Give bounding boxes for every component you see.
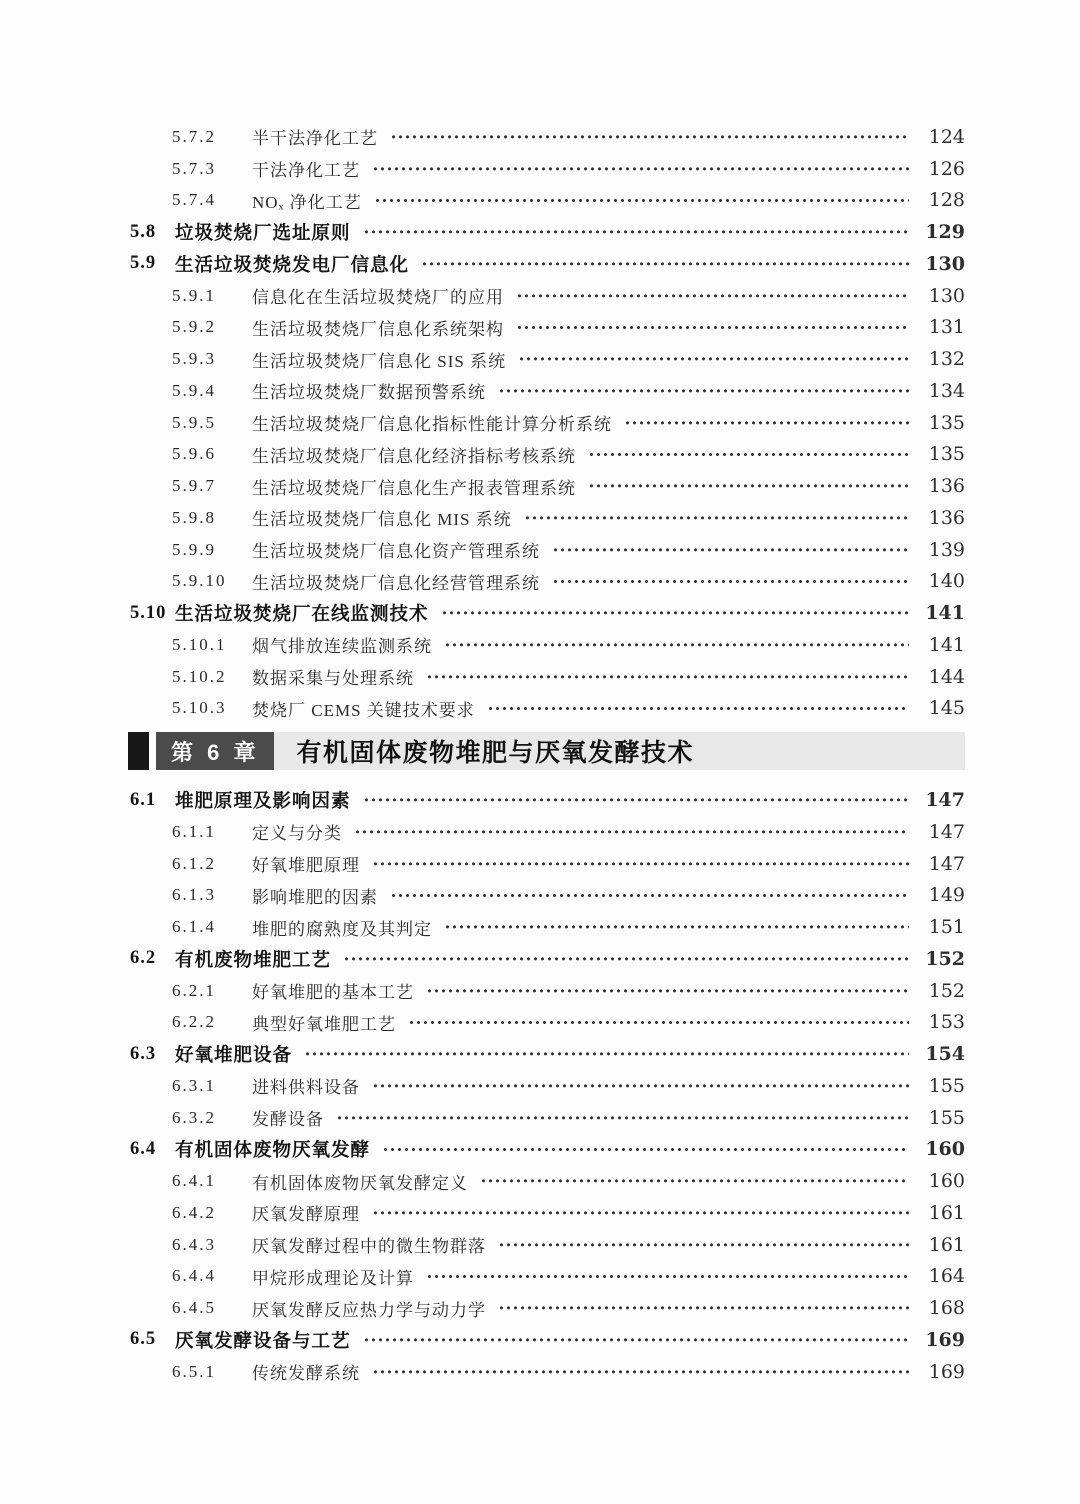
entry-page: 169 (919, 1361, 965, 1383)
toc-entry-6.1.1: 6.1.1定义与分类147 (130, 816, 965, 848)
dot-leader (363, 784, 909, 816)
entry-number: 5.9.2 (172, 317, 246, 337)
entry-title: 好氧堆肥原理 (252, 851, 360, 876)
entry-title: 厌氧发酵反应热力学与动力学 (252, 1296, 486, 1321)
dot-leader (372, 848, 909, 880)
dot-leader (374, 185, 909, 217)
entry-number: 6.1.4 (172, 917, 246, 937)
entry-title: 垃圾焚烧厂选址原则 (175, 219, 351, 245)
entry-title: 堆肥原理及影响因素 (175, 787, 351, 813)
entry-title: 进料供料设备 (252, 1073, 360, 1098)
dot-leader (516, 312, 909, 344)
dot-leader (588, 439, 909, 471)
toc-entry-5.9: 5.9生活垃圾焚烧发电厂信息化130 (130, 248, 965, 280)
dot-leader (552, 566, 909, 598)
entry-number: 5.9.10 (172, 571, 246, 591)
entry-page: 147 (919, 789, 965, 811)
book-toc-page: 5.7.2半干法净化工艺1245.7.3干法净化工艺1265.7.4NOₓ 净化… (0, 0, 1080, 1504)
toc-entry-6.2.1: 6.2.1好氧堆肥的基本工艺152 (130, 975, 965, 1007)
entry-title: 好氧堆肥的基本工艺 (252, 978, 414, 1003)
entry-number: 6.3.1 (172, 1076, 246, 1096)
entry-number: 5.10.3 (172, 698, 246, 718)
entry-title: 定义与分类 (252, 819, 342, 844)
entry-number: 5.7.3 (172, 159, 246, 179)
entry-number: 6.1 (130, 790, 175, 811)
toc-entry-5.7.3: 5.7.3干法净化工艺126 (130, 153, 965, 185)
entry-page: 149 (919, 884, 965, 906)
entry-number: 6.2 (130, 948, 175, 969)
toc-entry-5.9.9: 5.9.9生活垃圾焚烧厂信息化资产管理系统139 (130, 534, 965, 566)
dot-leader (588, 470, 909, 502)
entry-page: 168 (919, 1297, 965, 1319)
toc-entry-5.9.4: 5.9.4生活垃圾焚烧厂数据预警系统134 (130, 375, 965, 407)
dot-leader (444, 911, 909, 943)
entry-page: 160 (919, 1138, 965, 1160)
toc-entry-6.2.2: 6.2.2典型好氧堆肥工艺153 (130, 1007, 965, 1039)
entry-number: 6.4.3 (172, 1235, 246, 1255)
entry-page: 134 (919, 380, 965, 402)
dot-leader (363, 1324, 909, 1356)
dot-leader (382, 1134, 909, 1166)
entry-number: 6.1.3 (172, 885, 246, 905)
dot-leader (480, 1165, 909, 1197)
entry-page: 164 (919, 1265, 965, 1287)
toc-entry-6.4.5: 6.4.5厌氧发酵反应热力学与动力学168 (130, 1292, 965, 1324)
entry-page: 131 (919, 316, 965, 338)
dot-leader (426, 975, 909, 1007)
dot-leader (498, 375, 909, 407)
toc-entry-6.1.4: 6.1.4堆肥的腐熟度及其判定151 (130, 911, 965, 943)
entry-title: 生活垃圾焚烧厂信息化经营管理系统 (252, 569, 540, 594)
entry-number: 6.1.2 (172, 854, 246, 874)
entry-title: 生活垃圾焚烧厂信息化 SIS 系统 (252, 347, 506, 372)
entry-number: 5.10.2 (172, 667, 246, 687)
entry-title: 甲烷形成理论及计算 (252, 1264, 414, 1289)
entry-title: 发酵设备 (252, 1105, 324, 1130)
entry-page: 144 (919, 666, 965, 688)
entry-title: 生活垃圾焚烧厂数据预警系统 (252, 378, 486, 403)
entry-title: 生活垃圾焚烧厂信息化指标性能计算分析系统 (252, 410, 612, 435)
entry-page: 136 (919, 475, 965, 497)
toc-entry-5.9.10: 5.9.10生活垃圾焚烧厂信息化经营管理系统140 (130, 566, 965, 598)
toc-entry-6.2: 6.2有机废物堆肥工艺152 (130, 943, 965, 975)
dot-leader (552, 534, 909, 566)
toc-entry-5.9.1: 5.9.1信息化在生活垃圾焚烧厂的应用130 (130, 280, 965, 312)
entry-number: 6.4.4 (172, 1266, 246, 1286)
dot-leader (390, 880, 909, 912)
entry-page: 132 (919, 348, 965, 370)
entry-title: 厌氧发酵原理 (252, 1200, 360, 1225)
dot-leader (426, 661, 909, 693)
entry-page: 155 (919, 1107, 965, 1129)
entry-number: 6.4.2 (172, 1203, 246, 1223)
entry-page: 135 (919, 412, 965, 434)
entry-title: 生活垃圾焚烧厂信息化经济指标考核系统 (252, 442, 576, 467)
entry-number: 6.5.1 (172, 1362, 246, 1382)
dot-leader (441, 597, 909, 629)
dot-leader (372, 1197, 909, 1229)
toc-content: 5.7.2半干法净化工艺1245.7.3干法净化工艺1265.7.4NOₓ 净化… (0, 0, 1080, 1388)
entry-number: 5.10.1 (172, 635, 246, 655)
entry-page: 152 (919, 948, 965, 970)
entry-page: 145 (919, 697, 965, 719)
entry-title: 烟气排放连续监测系统 (252, 632, 432, 657)
entry-number: 6.4.1 (172, 1171, 246, 1191)
dot-leader (421, 248, 909, 280)
dot-leader (408, 1007, 909, 1039)
toc-entry-5.8: 5.8垃圾焚烧厂选址原则129 (130, 216, 965, 248)
toc-entry-5.10.2: 5.10.2数据采集与处理系统144 (130, 661, 965, 693)
entry-number: 6.3.2 (172, 1108, 246, 1128)
entry-title: 焚烧厂 CEMS 关键技术要求 (252, 696, 475, 721)
toc-entry-5.9.3: 5.9.3生活垃圾焚烧厂信息化 SIS 系统132 (130, 343, 965, 375)
toc-entry-6.4.4: 6.4.4甲烷形成理论及计算164 (130, 1261, 965, 1293)
entry-page: 140 (919, 570, 965, 592)
entry-number: 5.9 (130, 253, 175, 274)
entry-title: 有机固体废物厌氧发酵定义 (252, 1169, 468, 1194)
entry-number: 5.9.7 (172, 476, 246, 496)
toc-entry-6.3.1: 6.3.1进料供料设备155 (130, 1070, 965, 1102)
entry-page: 147 (919, 821, 965, 843)
entry-title: 厌氧发酵过程中的微生物群落 (252, 1232, 486, 1257)
entry-title: 生活垃圾焚烧厂信息化生产报表管理系统 (252, 474, 576, 499)
dot-leader (498, 1229, 909, 1261)
toc-entry-6.1.2: 6.1.2好氧堆肥原理147 (130, 848, 965, 880)
dot-leader (444, 629, 909, 661)
entry-number: 5.9.3 (172, 349, 246, 369)
entry-page: 153 (919, 1011, 965, 1033)
toc-entry-6.4.1: 6.4.1有机固体废物厌氧发酵定义160 (130, 1165, 965, 1197)
entry-title: 典型好氧堆肥工艺 (252, 1010, 396, 1035)
entry-page: 136 (919, 507, 965, 529)
dot-leader (390, 121, 909, 153)
toc-entry-6.5: 6.5厌氧发酵设备与工艺169 (130, 1324, 965, 1356)
dot-leader (516, 280, 909, 312)
chapter-title: 有机固体废物堆肥与厌氧发酵技术 (296, 732, 694, 770)
dot-leader (354, 816, 909, 848)
entry-title: 生活垃圾焚烧厂信息化系统架构 (252, 315, 504, 340)
toc-entry-6.5.1: 6.5.1传统发酵系统169 (130, 1356, 965, 1388)
toc-section-chapter6: 6.1堆肥原理及影响因素1476.1.1定义与分类1476.1.2好氧堆肥原理1… (130, 784, 965, 1387)
toc-entry-5.7.4: 5.7.4NOₓ 净化工艺128 (130, 185, 965, 217)
toc-entry-5.7.2: 5.7.2半干法净化工艺124 (130, 121, 965, 153)
entry-number: 6.3 (130, 1044, 175, 1065)
entry-page: 160 (919, 1170, 965, 1192)
entry-title: 生活垃圾焚烧厂信息化资产管理系统 (252, 537, 540, 562)
dot-leader (343, 943, 909, 975)
dot-leader (518, 343, 909, 375)
entry-title: 厌氧发酵设备与工艺 (175, 1327, 351, 1353)
dot-leader (426, 1261, 909, 1293)
dot-leader (336, 1102, 909, 1134)
entry-title: 数据采集与处理系统 (252, 664, 414, 689)
entry-page: 161 (919, 1202, 965, 1224)
entry-title: NOₓ 净化工艺 (252, 188, 362, 213)
dot-leader (372, 153, 909, 185)
entry-page: 139 (919, 539, 965, 561)
entry-title: 影响堆肥的因素 (252, 883, 378, 908)
entry-page: 155 (919, 1075, 965, 1097)
entry-title: 信息化在生活垃圾焚烧厂的应用 (252, 283, 504, 308)
entry-page: 161 (919, 1234, 965, 1256)
entry-number: 5.9.1 (172, 286, 246, 306)
toc-entry-5.9.6: 5.9.6生活垃圾焚烧厂信息化经济指标考核系统135 (130, 439, 965, 471)
dot-leader (487, 693, 909, 725)
entry-number: 6.2.1 (172, 981, 246, 1001)
entry-title: 干法净化工艺 (252, 156, 360, 181)
entry-page: 152 (919, 980, 965, 1002)
entry-number: 5.10 (130, 603, 175, 624)
entry-number: 5.9.5 (172, 413, 246, 433)
entry-page: 126 (919, 158, 965, 180)
toc-entry-6.4: 6.4有机固体废物厌氧发酵160 (130, 1134, 965, 1166)
entry-number: 5.9.6 (172, 444, 246, 464)
entry-number: 6.4.5 (172, 1298, 246, 1318)
entry-page: 130 (919, 285, 965, 307)
entry-page: 124 (919, 126, 965, 148)
entry-number: 5.7.2 (172, 127, 246, 147)
chapter-header-block (128, 732, 149, 770)
entry-page: 169 (919, 1329, 965, 1351)
dot-leader (498, 1292, 909, 1324)
dot-leader (363, 216, 909, 248)
entry-title: 半干法净化工艺 (252, 124, 378, 149)
toc-entry-6.1.3: 6.1.3影响堆肥的因素149 (130, 880, 965, 912)
dot-leader (372, 1070, 909, 1102)
toc-entry-6.4.2: 6.4.2厌氧发酵原理161 (130, 1197, 965, 1229)
chapter-badge: 第 6 章 (156, 732, 274, 770)
toc-entry-5.9.8: 5.9.8生活垃圾焚烧厂信息化 MIS 系统136 (130, 502, 965, 534)
entry-page: 129 (919, 221, 965, 243)
entry-page: 154 (919, 1043, 965, 1065)
toc-entry-6.1: 6.1堆肥原理及影响因素147 (130, 784, 965, 816)
entry-number: 5.7.4 (172, 190, 246, 210)
dot-leader (304, 1038, 909, 1070)
dot-leader (624, 407, 909, 439)
chapter-6-header: 第 6 章 有机固体废物堆肥与厌氧发酵技术 (128, 732, 965, 770)
entry-number: 5.9.4 (172, 381, 246, 401)
dot-leader (372, 1356, 909, 1388)
toc-entry-6.3: 6.3好氧堆肥设备154 (130, 1038, 965, 1070)
dot-leader (524, 502, 909, 534)
toc-entry-5.9.7: 5.9.7生活垃圾焚烧厂信息化生产报表管理系统136 (130, 470, 965, 502)
entry-number: 6.1.1 (172, 822, 246, 842)
entry-page: 128 (919, 189, 965, 211)
entry-page: 141 (919, 634, 965, 656)
toc-entry-5.9.2: 5.9.2生活垃圾焚烧厂信息化系统架构131 (130, 312, 965, 344)
chapter-header-band: 第 6 章 有机固体废物堆肥与厌氧发酵技术 (156, 732, 965, 770)
entry-title: 有机固体废物厌氧发酵 (175, 1136, 370, 1162)
entry-title: 生活垃圾焚烧发电厂信息化 (175, 251, 409, 277)
entry-page: 141 (919, 602, 965, 624)
entry-page: 147 (919, 853, 965, 875)
entry-number: 6.4 (130, 1139, 175, 1160)
toc-entry-5.10.1: 5.10.1烟气排放连续监测系统141 (130, 629, 965, 661)
entry-number: 5.8 (130, 222, 175, 243)
entry-title: 好氧堆肥设备 (175, 1041, 292, 1067)
toc-entry-6.4.3: 6.4.3厌氧发酵过程中的微生物群落161 (130, 1229, 965, 1261)
entry-number: 5.9.8 (172, 508, 246, 528)
entry-page: 135 (919, 443, 965, 465)
toc-entry-5.10.3: 5.10.3焚烧厂 CEMS 关键技术要求145 (130, 693, 965, 725)
entry-number: 6.5 (130, 1329, 175, 1350)
entry-page: 151 (919, 916, 965, 938)
entry-page: 130 (919, 253, 965, 275)
entry-title: 生活垃圾焚烧厂信息化 MIS 系统 (252, 505, 512, 530)
toc-entry-5.9.5: 5.9.5生活垃圾焚烧厂信息化指标性能计算分析系统135 (130, 407, 965, 439)
toc-entry-6.3.2: 6.3.2发酵设备155 (130, 1102, 965, 1134)
entry-title: 有机废物堆肥工艺 (175, 946, 331, 972)
entry-number: 5.9.9 (172, 540, 246, 560)
toc-entry-5.10: 5.10生活垃圾焚烧厂在线监测技术141 (130, 597, 965, 629)
entry-title: 生活垃圾焚烧厂在线监测技术 (175, 600, 429, 626)
entry-title: 堆肥的腐熟度及其判定 (252, 915, 432, 940)
entry-title: 传统发酵系统 (252, 1359, 360, 1384)
toc-section-chapter5: 5.7.2半干法净化工艺1245.7.3干法净化工艺1265.7.4NOₓ 净化… (130, 121, 965, 724)
entry-number: 6.2.2 (172, 1012, 246, 1032)
